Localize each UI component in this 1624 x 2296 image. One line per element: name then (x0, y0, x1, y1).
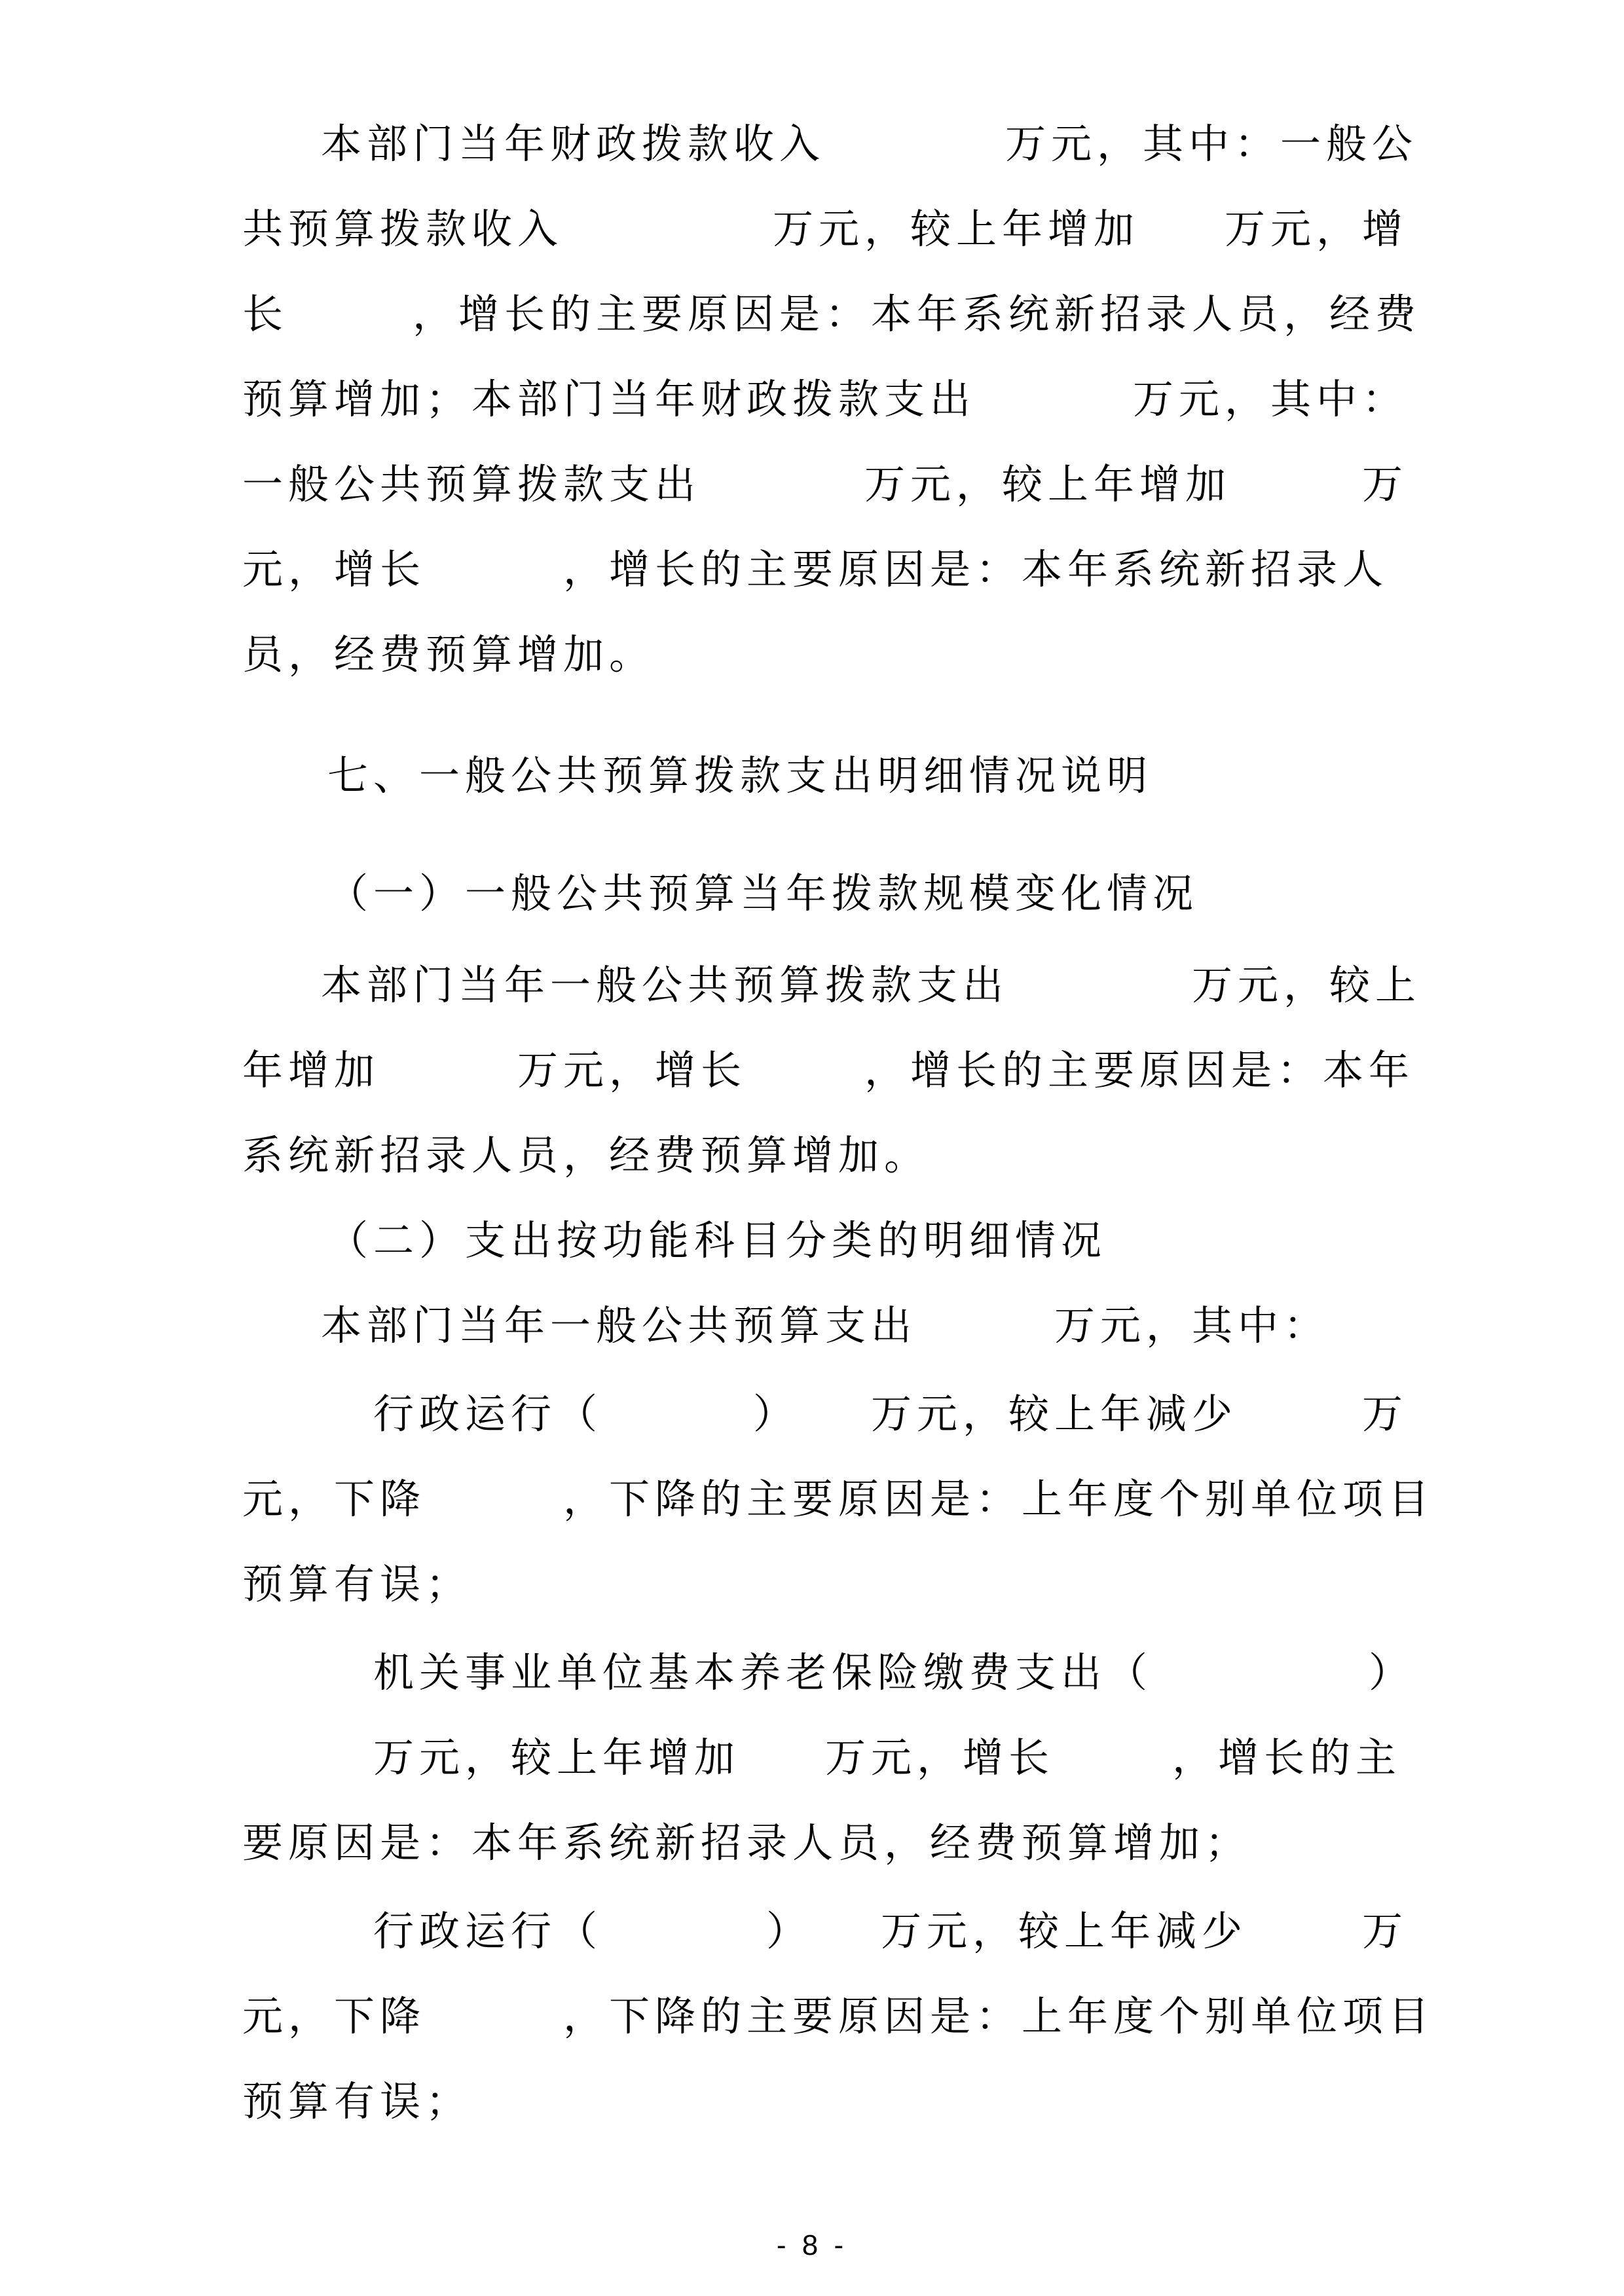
text-line: 预算有误； (242, 2075, 1395, 2128)
text-line: 元，下降，下降的主要原因是：上年度个别单位项目 (242, 1473, 1395, 1525)
text-segment: 元，下降 (242, 1990, 426, 2043)
text-segment: 万元，较上年增加 (373, 1732, 740, 1784)
text-line: 行政运行（）万元，较上年减少万 (242, 1905, 1395, 1958)
text-segment: 万元，增长 (517, 1044, 747, 1097)
text-segment: 元，增长 (242, 543, 426, 596)
text-segment: ） (766, 1905, 812, 1958)
text-line: 万元，较上年增加万元，增长，增长的主 (242, 1732, 1395, 1784)
text-segment: 七、一般公共预算拨款支出明细情况说明 (327, 750, 1153, 802)
text-segment: （一）一般公共预算当年拨款规模变化情况 (327, 867, 1198, 920)
text-segment: 万元，增 (1225, 203, 1408, 255)
text-segment: 机关事业单位基本养老保险缴费支出（ (373, 1647, 1153, 1699)
text-segment: 预算有误； (242, 2075, 471, 2128)
text-segment: 万元，较上年减少 (881, 1905, 1247, 1958)
text-line: 预算增加；本部门当年财政拨款支出万元，其中： (242, 373, 1395, 426)
text-line: 七、一般公共预算拨款支出明细情况说明 (242, 750, 1395, 802)
text-segment: 长 (242, 288, 288, 340)
text-segment: 本部门当年财政拨款收入 (321, 118, 825, 170)
text-segment: ，增长的主要原因是：本年系统新招录人 (563, 543, 1388, 596)
text-line: 共预算拨款收入万元，较上年增加万元，增 (242, 203, 1395, 255)
text-segment: ，增长的主要原因是：本年 (864, 1044, 1414, 1097)
text-line: 系统新招录人员，经费预算增加。 (242, 1129, 1395, 1182)
text-segment: 万 (1362, 1905, 1408, 1958)
text-line: 行政运行（）万元，较上年减少万 (242, 1388, 1395, 1440)
text-segment: 预算有误； (242, 1558, 471, 1611)
text-line: 员，经费预算增加。 (242, 629, 1395, 681)
text-segment: ，增长的主要原因是：本年系统新招录人员，经费 (413, 288, 1421, 340)
text-line: 预算有误； (242, 1558, 1395, 1611)
text-segment: ，增长的主 (1172, 1732, 1401, 1784)
text-segment: 要原因是：本年系统新招录人员，经费预算增加； (242, 1817, 1251, 1869)
page-number: - 8 - (0, 2229, 1624, 2262)
text-segment: 万元，较上年减少 (871, 1388, 1238, 1440)
text-segment: 万元，较上年增加 (773, 203, 1139, 255)
text-segment: ，下降的主要原因是：上年度个别单位项目 (563, 1473, 1434, 1525)
text-line: 长，增长的主要原因是：本年系统新招录人员，经费 (242, 288, 1395, 340)
text-segment: 万元，增长 (825, 1732, 1054, 1784)
text-segment: 系统新招录人员，经费预算增加。 (242, 1129, 930, 1182)
text-segment: 一般公共预算拨款支出 (242, 458, 701, 511)
text-segment: 万元，其中： (1133, 373, 1408, 426)
text-segment: 年增加 (242, 1044, 380, 1097)
text-line: （二）支出按功能科目分类的明细情况 (242, 1214, 1395, 1267)
text-segment: 行政运行（ (373, 1388, 602, 1440)
text-segment: 万元，较上年增加 (864, 458, 1231, 511)
text-segment: ，下降的主要原因是：上年度个别单位项目 (563, 1990, 1434, 2043)
text-segment: 万元，较上 (1192, 959, 1421, 1011)
text-line: 机关事业单位基本养老保险缴费支出（） (242, 1647, 1395, 1699)
text-line: 本部门当年一般公共预算拨款支出万元，较上 (242, 959, 1395, 1011)
text-line: 本部门当年一般公共预算支出万元，其中： (242, 1300, 1395, 1352)
text-line: （一）一般公共预算当年拨款规模变化情况 (242, 867, 1395, 920)
text-segment: 万 (1362, 1388, 1408, 1440)
text-segment: 员，经费预算增加。 (242, 629, 655, 681)
text-segment: （二）支出按功能科目分类的明细情况 (327, 1214, 1107, 1267)
text-segment: 本部门当年一般公共预算支出 (321, 1300, 917, 1352)
text-segment: 万元，其中：一般公 (1005, 118, 1418, 170)
text-segment: 万 (1362, 458, 1408, 511)
text-segment: 元，下降 (242, 1473, 426, 1525)
text-line: 元，增长，增长的主要原因是：本年系统新招录人 (242, 543, 1395, 596)
text-segment: ） (753, 1388, 799, 1440)
text-segment: 预算增加；本部门当年财政拨款支出 (242, 373, 976, 426)
text-segment: 本部门当年一般公共预算拨款支出 (321, 959, 1008, 1011)
document-page: 本部门当年财政拨款收入万元，其中：一般公共预算拨款收入万元，较上年增加万元，增长… (0, 0, 1624, 2296)
text-segment: 万元，其中： (1054, 1300, 1329, 1352)
text-line: 元，下降，下降的主要原因是：上年度个别单位项目 (242, 1990, 1395, 2043)
text-line: 一般公共预算拨款支出万元，较上年增加万 (242, 458, 1395, 511)
text-line: 要原因是：本年系统新招录人员，经费预算增加； (242, 1817, 1395, 1869)
text-segment: ） (1369, 1647, 1414, 1699)
text-segment: 共预算拨款收入 (242, 203, 563, 255)
text-line: 本部门当年财政拨款收入万元，其中：一般公 (242, 118, 1395, 170)
text-line: 年增加万元，增长，增长的主要原因是：本年 (242, 1044, 1395, 1097)
text-segment: 行政运行（ (373, 1905, 602, 1958)
